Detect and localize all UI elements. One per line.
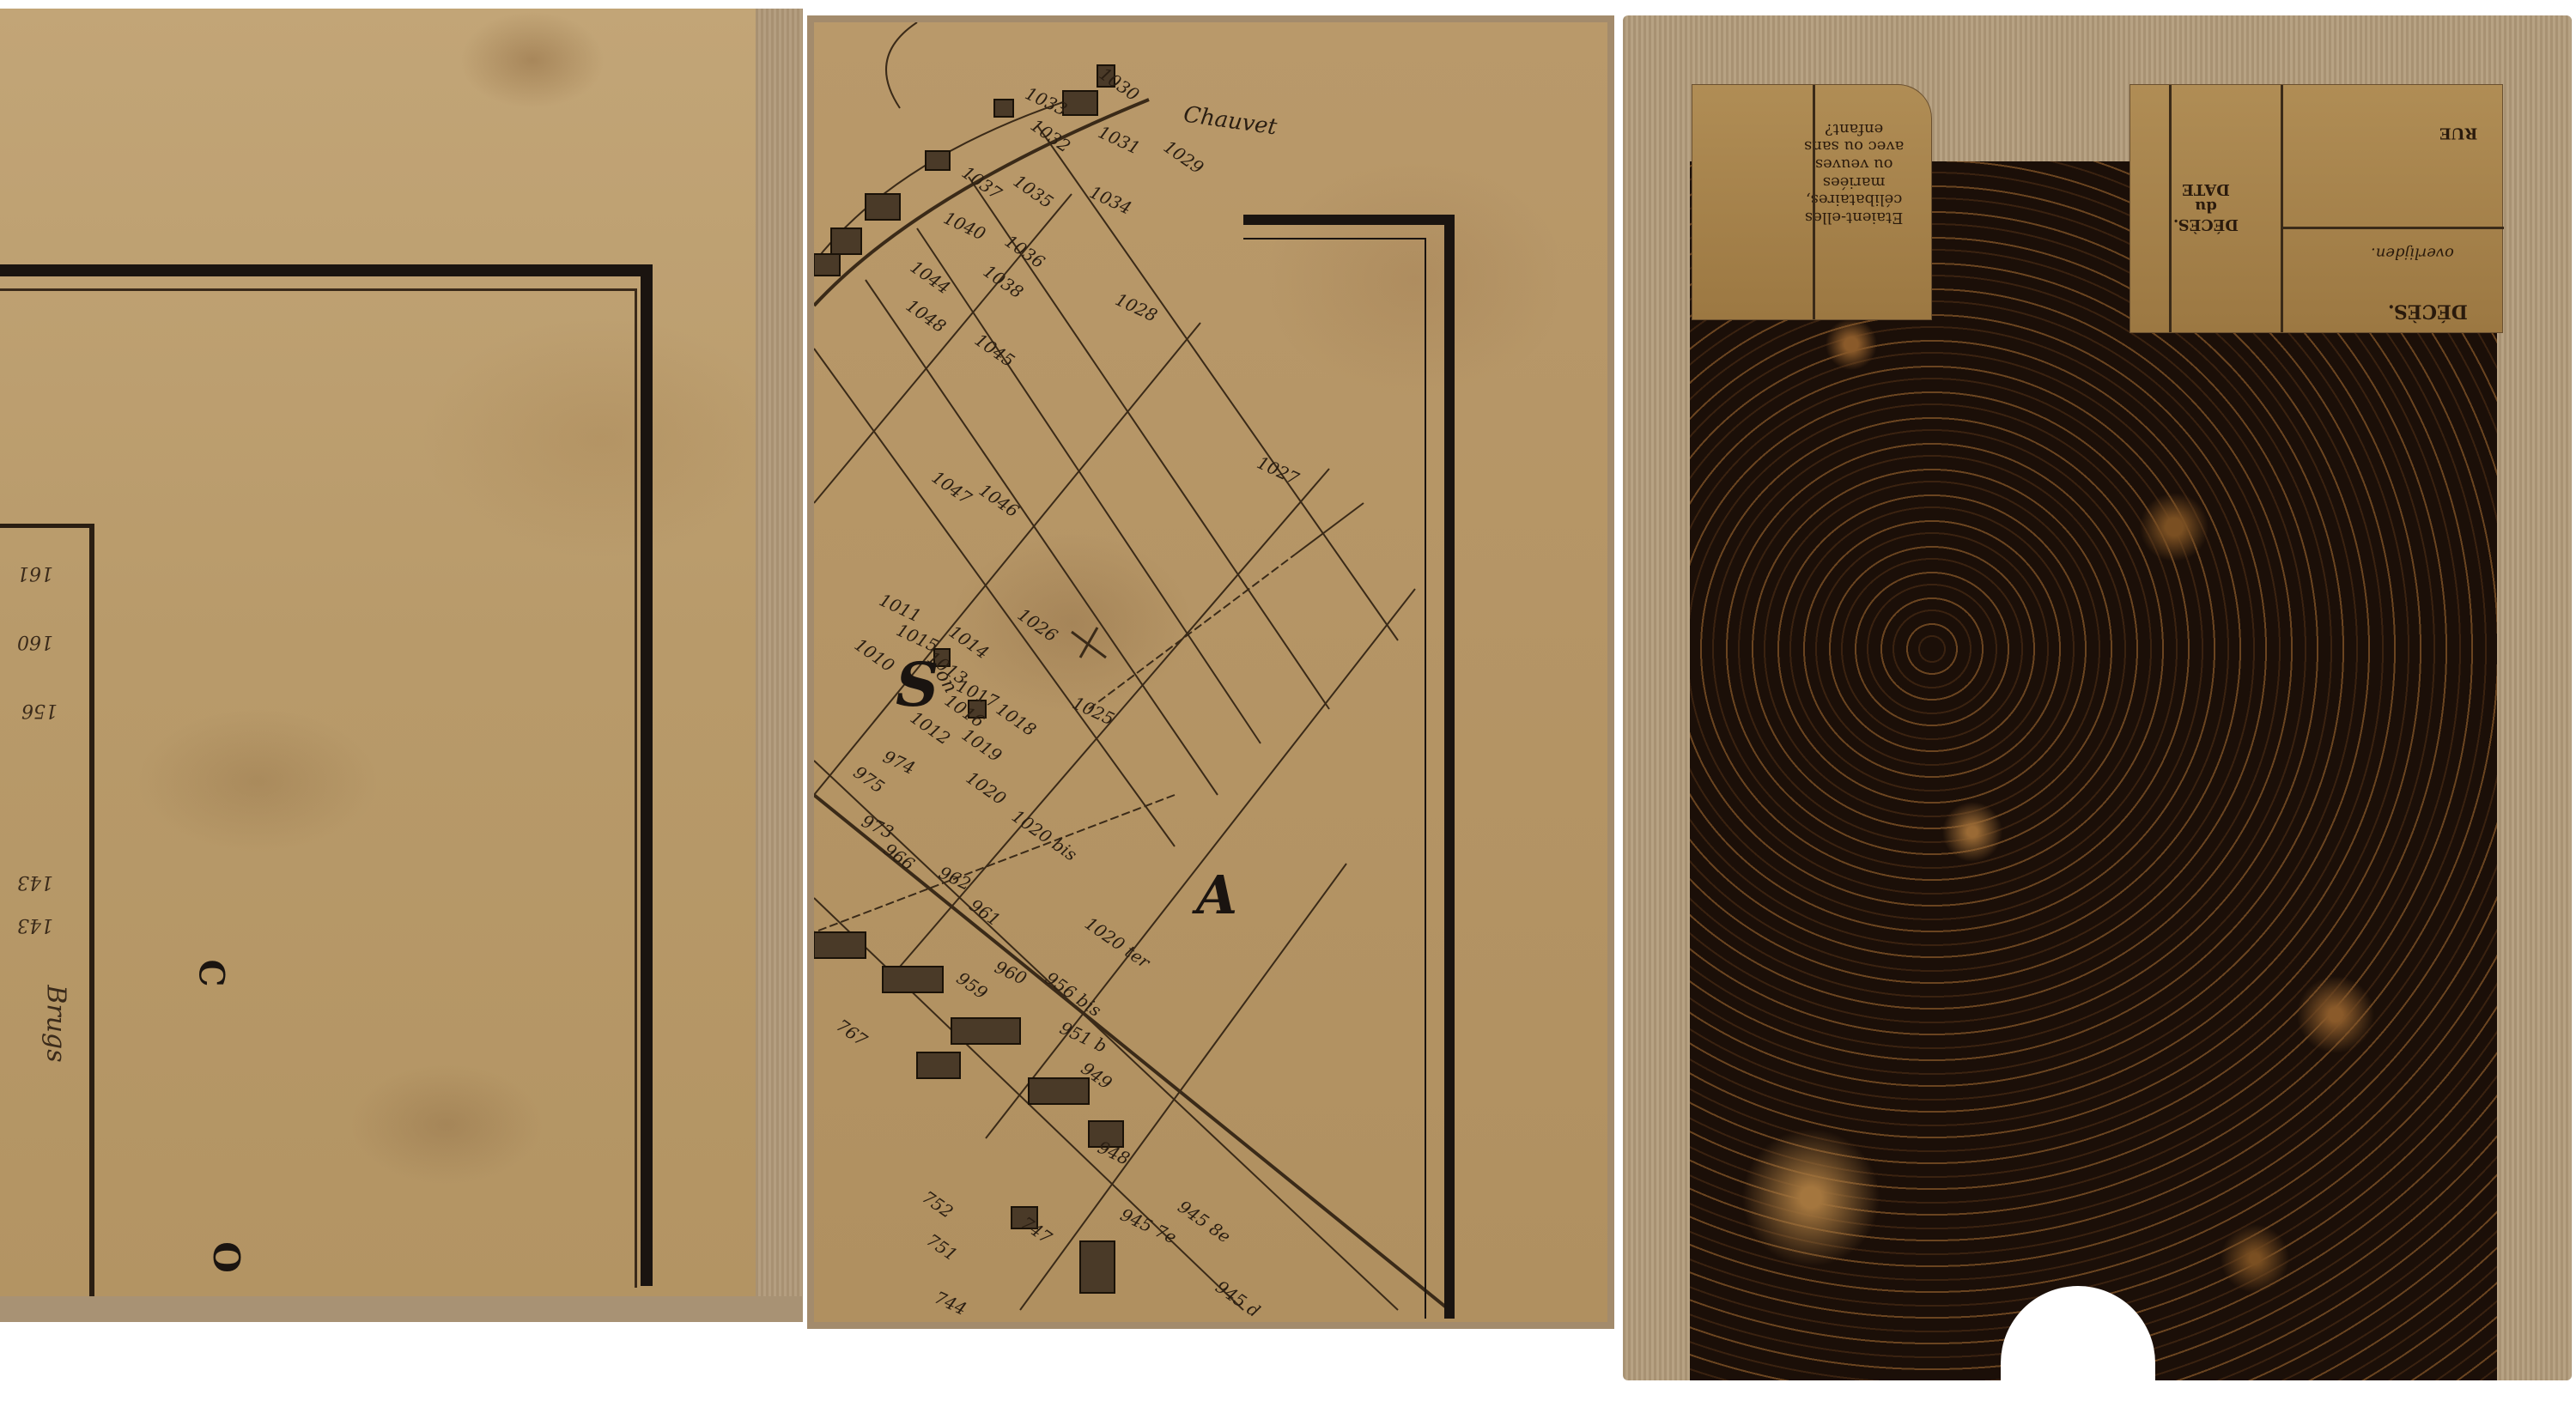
label-line: DATE — [2173, 179, 2239, 197]
parcel-number: 156 — [21, 700, 58, 721]
label-line: RUE — [2439, 124, 2477, 142]
label-line: overlijden. — [2371, 244, 2454, 262]
label-line: du — [2173, 197, 2239, 215]
thin-frame-border — [0, 288, 637, 1288]
cloth-spine — [756, 9, 803, 1296]
section-letter-o: O — [205, 1241, 247, 1273]
label-line: DÉCÈS. — [2173, 215, 2239, 233]
label-column: Etaient-elles célibataires, mariées ou v… — [1804, 119, 1904, 226]
parcel-number: 143 — [17, 914, 53, 936]
marbled-paper-board — [1690, 161, 2497, 1380]
label-line: DÉCÈS. — [2388, 300, 2468, 321]
section-letter-c: C — [191, 960, 231, 987]
section-letter-a: A — [1196, 864, 1237, 926]
label-divider — [1813, 85, 1815, 319]
parcel-number: 161 — [17, 562, 53, 584]
label-line: ou veuves — [1804, 155, 1904, 173]
label-line: avec ou sans — [1804, 137, 1904, 155]
map-fragment-strip: 161 160 156 143 143 Brugs — [0, 524, 94, 1296]
left-map-cover: 161 160 156 143 143 Brugs C O — [0, 9, 803, 1322]
parcel-number: 160 — [17, 631, 53, 652]
label-divider — [2281, 85, 2283, 332]
parcel-number: 143 — [17, 871, 53, 893]
label-line: enfant? — [1804, 119, 1904, 137]
label-divider — [2281, 227, 2504, 229]
label-divider — [2169, 85, 2172, 332]
right-marbled-ledger-cover: Etaient-elles célibataires, mariées ou v… — [1623, 15, 2572, 1380]
label-date-column: DÉCÈS. du DATE — [2173, 179, 2239, 233]
section-letter-s: S — [896, 649, 939, 720]
label-line: mariées — [1804, 173, 1904, 191]
spine-label-right: DÉCÈS. du DATE overlijden. DÉCÈS. RUE — [2129, 84, 2503, 333]
middle-cadastral-map-cover: 1033103010321031102910351034103710361040… — [807, 15, 1614, 1329]
label-line: célibataires, — [1804, 191, 1904, 209]
street-label: Brugs — [41, 985, 71, 1062]
label-line: Etaient-elles — [1804, 208, 1904, 226]
spine-label-left: Etaient-elles célibataires, mariées ou v… — [1692, 84, 1932, 320]
